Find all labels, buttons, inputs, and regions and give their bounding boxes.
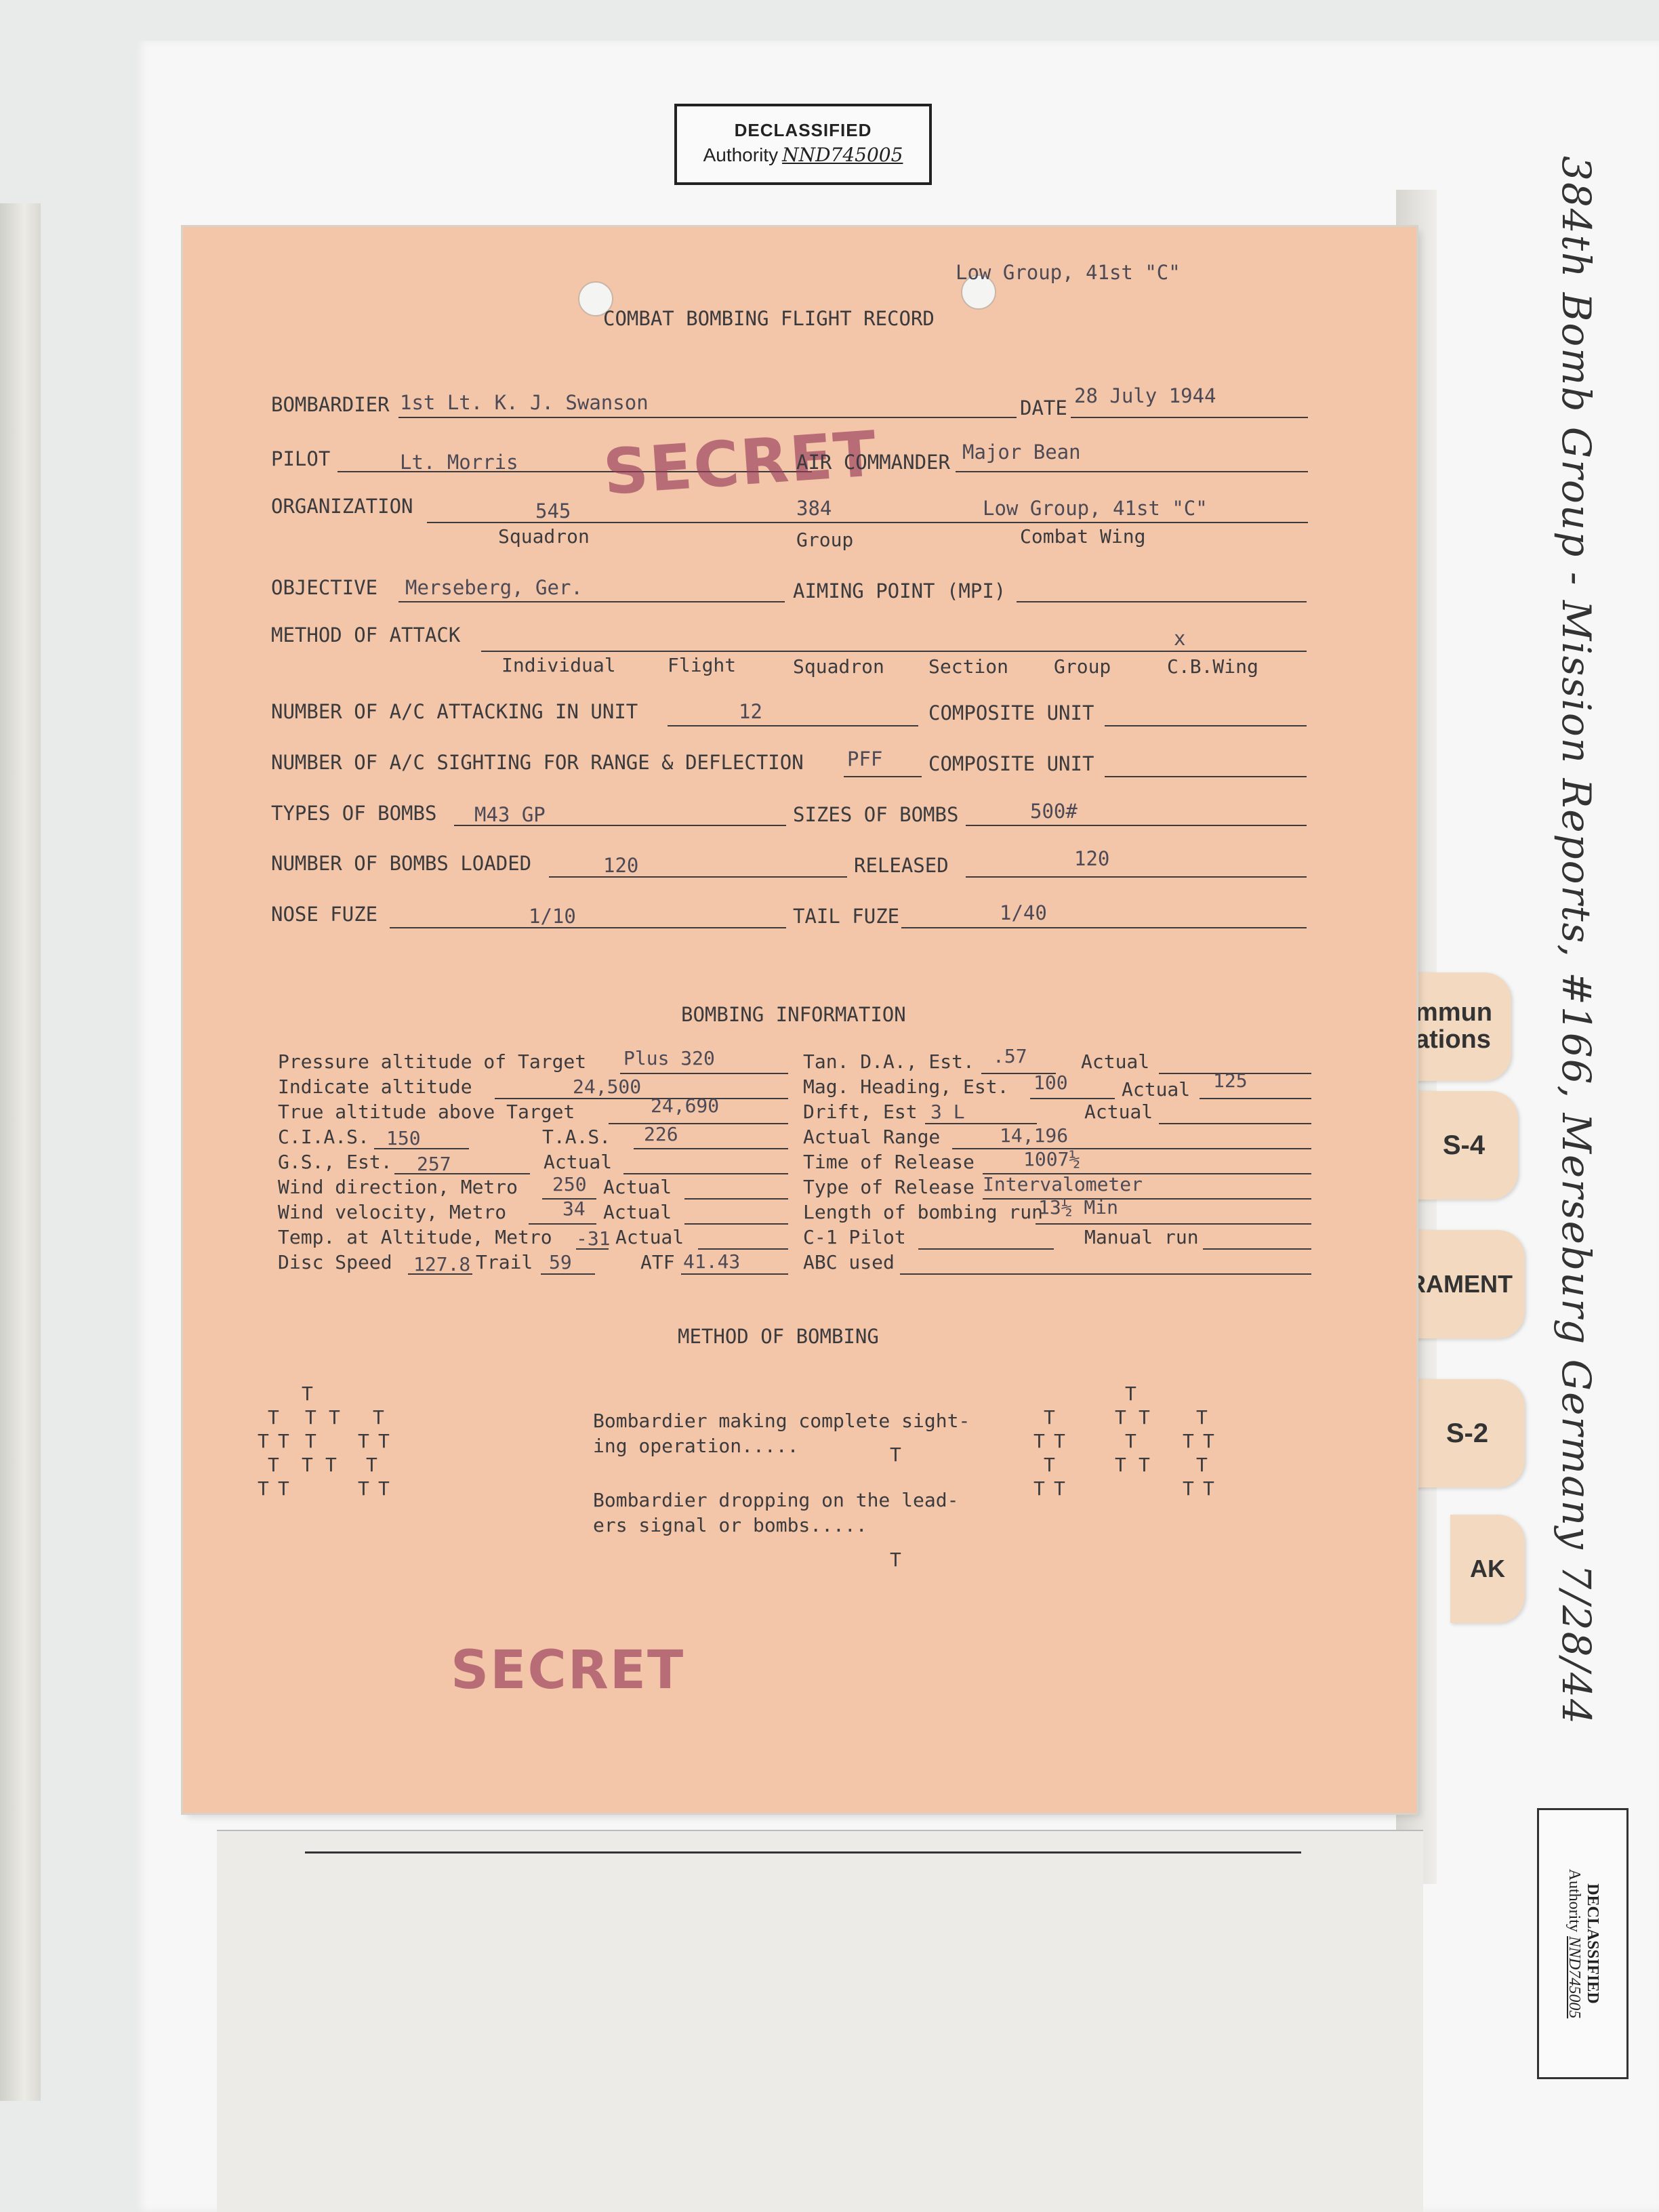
bi-time-of-release-value: 1007½ [1023,1148,1080,1170]
bi-indicate-altitude-label: Indicate altitude [278,1076,472,1098]
bi-gs-actual-label: Actual [544,1151,612,1173]
combat-bombing-flight-record: Low Group, 41st "C" COMBAT BOMBING FLIGH… [183,227,1416,1813]
bi-trail-label: Trail [476,1251,533,1273]
bombing-method-option-2: Bombardier dropping on the lead- [593,1489,958,1511]
bi-length-of-run-label: Length of bombing run [803,1201,1043,1223]
bi-line [495,1098,788,1099]
bombs-loaded-line [549,876,847,878]
formation-aircraft-glyph: T [302,1454,313,1476]
formation-aircraft-glyph: T [1183,1477,1194,1500]
formation-aircraft-glyph: T [890,1443,901,1466]
bombing-method-option-1: Bombardier making complete sight- [593,1410,970,1432]
underlying-sheet-rule [305,1851,1301,1853]
air-commander-value: Major Bean [962,441,1081,464]
bi-temp-actual-label: Actual [615,1226,684,1248]
bombardier-value: 1st Lt. K. J. Swanson [400,391,649,414]
bi-line [1159,1123,1311,1124]
formation-aircraft-glyph: T [1044,1454,1055,1476]
pilot-value: Lt. Morris [400,451,518,474]
bi-line [983,1198,1311,1200]
bi-gs-est-label: G.S., Est. [278,1151,392,1173]
bi-line [609,1123,788,1124]
formation-aircraft-glyph: T [1125,1430,1136,1452]
formation-aircraft-glyph: T [1139,1406,1150,1429]
bi-line [541,1273,595,1275]
bi-true-altitude-value: 24,690 [651,1094,719,1117]
bi-line [1203,1248,1311,1250]
bi-wind-velocity-actual-label: Actual [603,1201,672,1223]
released-value: 120 [1074,847,1109,870]
tab-label: S-2 [1446,1418,1488,1449]
bi-disc-speed-label: Disc Speed [278,1251,392,1273]
bombing-information-title: BOMBING INFORMATION [681,1003,906,1026]
num-attacking-line [668,725,918,726]
bi-type-of-release-value: Intervalometer [983,1173,1143,1195]
stamp-authority-label: Authority [703,144,779,165]
attack-option-cb-wing: C.B.Wing [1167,655,1258,678]
bi-tas-value: 226 [644,1123,678,1145]
aiming-point-line [1017,601,1307,602]
nose-fuze-label: NOSE FUZE [271,903,377,926]
bi-manual-run-label: Manual run [1084,1226,1199,1248]
bi-length-of-run-value: 13½ Min [1038,1196,1118,1218]
num-attacking-label: NUMBER OF A/C ATTACKING IN UNIT [271,700,638,723]
bombardier-line [398,417,1017,418]
bi-drift-label: Drift, Est [803,1101,918,1123]
bi-pressure-altitude-value: Plus 320 [623,1047,715,1069]
formation-aircraft-glyph: T [1203,1430,1214,1452]
attack-option-flight: Flight [668,654,736,676]
bi-temp-altitude-value: -31 [576,1227,611,1250]
bi-wind-velocity-label: Wind velocity, Metro [278,1201,506,1223]
bi-tan-da-value: .57 [993,1045,1027,1067]
formation-aircraft-glyph: T [1115,1406,1126,1429]
bi-true-altitude-label: True altitude above Target [278,1101,575,1123]
types-of-bombs-value: M43 GP [474,803,546,826]
bi-line [684,1223,788,1225]
bi-line [952,1148,1311,1149]
bi-line [529,1223,596,1225]
formation-aircraft-glyph: T [258,1477,269,1500]
bi-actual-range-label: Actual Range [803,1126,940,1148]
bi-wind-direction-value: 250 [552,1173,587,1195]
formation-aircraft-glyph: T [1033,1477,1045,1500]
formation-aircraft-glyph: T [278,1477,289,1500]
bi-line [634,1148,788,1149]
stamp-authority-value: NND745005 [782,144,903,166]
bi-line [1200,1098,1311,1099]
formation-aircraft-glyph: T [1183,1430,1194,1452]
released-line [966,876,1307,878]
formation-aircraft-glyph: T [366,1454,377,1476]
pilot-label: PILOT [271,447,330,470]
num-sighting-line [844,776,922,777]
tab-label: mmun ations [1415,1000,1492,1054]
formation-aircraft-glyph: T [305,1430,316,1452]
bombs-loaded-label: NUMBER OF BOMBS LOADED [271,852,531,875]
formation-aircraft-glyph: T [378,1477,390,1500]
num-sighting-value: PFF [847,747,882,771]
divider-tab-s4[interactable]: S-4 [1410,1091,1518,1200]
bi-tas-label: T.A.S. [542,1126,611,1148]
bi-time-of-release-label: Time of Release [803,1151,975,1173]
bi-line [394,1173,530,1174]
tail-fuze-value: 1/40 [1000,901,1047,924]
declassified-stamp-top: DECLASSIFIED AuthorityNND745005 [674,104,932,185]
composite-unit-label: COMPOSITE UNIT [928,701,1094,724]
combat-wing-caption: Combat Wing [1020,525,1145,548]
types-of-bombs-label: TYPES OF BOMBS [271,802,436,825]
attack-option-squadron: Squadron [793,655,884,678]
bi-atf-value: 41.43 [683,1250,740,1273]
squadron-value: 545 [535,499,571,523]
composite-unit-line [1105,776,1307,777]
date-label: DATE [1020,396,1067,419]
bi-mag-heading-actual-value: 125 [1213,1069,1248,1092]
bi-cias-label: C.I.A.S. [278,1126,369,1148]
sizes-of-bombs-line [966,825,1307,826]
underlying-sheet [217,1830,1423,2212]
bi-line [681,1273,788,1275]
formation-aircraft-glyph: T [268,1406,279,1429]
formation-aircraft-glyph: T [1054,1430,1065,1452]
objective-value: Merseberg, Ger. [405,576,583,599]
bi-wind-direction-label: Wind direction, Metro [278,1176,518,1198]
nose-fuze-line [390,927,786,928]
tab-label: AK [1470,1555,1505,1583]
form-title: COMBAT BOMBING FLIGHT RECORD [603,307,935,330]
composite-unit-label: COMPOSITE UNIT [928,752,1094,775]
sizes-of-bombs-label: SIZES OF BOMBS [793,803,958,826]
bombs-loaded-value: 120 [603,854,638,877]
bombing-method-option-2-cont: ers signal or bombs..... [593,1514,867,1536]
attack-option-group: Group [1054,655,1111,678]
air-commander-label: AIR COMMANDER [796,451,950,474]
formation-aircraft-glyph: T [325,1454,337,1476]
bi-line [918,1248,1054,1250]
composite-unit-line [1105,725,1307,726]
bombing-method-option-1-cont: ing operation..... [593,1435,798,1457]
date-value: 28 July 1944 [1074,384,1216,407]
group-value: 384 [796,497,832,520]
bi-line [620,1073,788,1074]
air-commander-line [956,471,1308,472]
formation-aircraft-glyph: T [268,1454,279,1476]
nose-fuze-value: 1/10 [529,905,576,928]
formation-aircraft-glyph: T [258,1430,269,1452]
divider-tab-ak[interactable]: AK [1450,1515,1525,1623]
bi-abc-used-label: ABC used [803,1251,895,1273]
bi-trail-value: 59 [549,1251,572,1273]
stamp-authority-value: NND745005 [1565,1936,1583,2018]
formation-aircraft-glyph: T [1033,1430,1045,1452]
formation-aircraft-glyph: T [373,1406,384,1429]
formation-aircraft-glyph: T [1196,1406,1208,1429]
formation-aircraft-glyph: T [1054,1477,1065,1500]
bi-wind-velocity-value: 34 [562,1197,586,1220]
method-of-attack-line [481,651,1307,652]
formation-aircraft-glyph: T [1139,1454,1150,1476]
tail-fuze-label: TAIL FUZE [793,905,899,928]
method-of-attack-label: METHOD OF ATTACK [271,623,460,647]
stacked-papers-left [0,203,41,2101]
formation-aircraft-glyph: T [890,1549,901,1571]
bi-mag-heading-value: 100 [1033,1071,1068,1094]
combat-wing-value: Low Group, 41st "C" [983,497,1208,520]
sizes-of-bombs-value: 500# [1030,800,1078,823]
formation-aircraft-glyph: T [1196,1454,1208,1476]
stamp-authority-label: Authority [1565,1869,1583,1932]
bi-drift-actual-label: Actual [1084,1101,1153,1123]
tail-fuze-line [901,927,1307,928]
formation-aircraft-glyph: T [302,1382,313,1405]
bi-line [1036,1223,1311,1225]
attack-option-individual: Individual [501,654,616,676]
objective-line [398,601,785,602]
tab-label: S-4 [1443,1130,1485,1161]
attack-option-section: Section [928,655,1008,678]
formation-aircraft-glyph: T [378,1430,390,1452]
formation-aircraft-glyph: T [1125,1382,1136,1405]
bi-gs-est-value: 257 [417,1153,451,1175]
num-attacking-value: 12 [739,700,762,723]
stamp-title: DECLASSIFIED [1583,1815,1601,2072]
bi-mag-heading-label: Mag. Heading, Est. [803,1076,1008,1098]
bombardier-label: BOMBARDIER [271,393,390,416]
bi-line [623,1173,788,1174]
bi-disc-speed-value: 127.8 [413,1253,470,1275]
formation-aircraft-glyph: T [329,1406,340,1429]
date-line [1071,417,1308,418]
organization-label: ORGANIZATION [271,495,413,518]
corner-note: Low Group, 41st "C" [956,261,1181,284]
divider-tab-s2[interactable]: S-2 [1410,1379,1525,1488]
formation-aircraft-glyph: T [278,1430,289,1452]
bi-temp-altitude-label: Temp. at Altitude, Metro [278,1226,552,1248]
bi-cias-value: 150 [386,1127,421,1149]
bi-pressure-altitude-label: Pressure altitude of Target [278,1050,586,1073]
bi-line [900,1273,1311,1275]
stamp-title: DECLASSIFIED [677,120,929,141]
objective-label: OBJECTIVE [271,576,377,599]
bi-mag-heading-actual-label: Actual [1122,1078,1190,1101]
bi-atf-label: ATF [640,1251,675,1273]
bi-indicate-altitude-value: 24,500 [573,1076,641,1098]
bi-line [684,1198,788,1200]
squadron-caption: Squadron [498,525,590,548]
bi-actual-range-value: 14,196 [1000,1124,1068,1147]
formation-aircraft-glyph: T [1044,1406,1055,1429]
bi-tan-da-label: Tan. D.A., Est. [803,1050,975,1073]
group-caption: Group [796,529,853,551]
formation-aircraft-glyph: T [1203,1477,1214,1500]
formation-aircraft-glyph: T [1115,1454,1126,1476]
bi-line [698,1248,788,1250]
declassified-stamp-side: DECLASSIFIED Authority NND745005 [1537,1808,1629,2079]
formation-aircraft-glyph: T [305,1406,316,1429]
aiming-point-label: AIMING POINT (MPI) [793,579,1006,602]
bi-c1-pilot-label: C-1 Pilot [803,1226,906,1248]
num-sighting-label: NUMBER OF A/C SIGHTING FOR RANGE & DEFLE… [271,751,804,774]
bi-tan-da-actual-label: Actual [1081,1050,1149,1073]
formation-aircraft-glyph: T [358,1477,369,1500]
bi-type-of-release-label: Type of Release [803,1176,975,1198]
method-of-attack-mark: x [1174,627,1185,650]
bi-line [1030,1098,1115,1099]
bi-wind-direction-actual-label: Actual [603,1176,672,1198]
secret-stamp-bottom: SECRET [451,1640,684,1701]
formation-aircraft-glyph: T [358,1430,369,1452]
tab-label: RAMENT [1408,1270,1513,1298]
bi-drift-value: 3 L [930,1101,965,1123]
method-of-bombing-title: METHOD OF BOMBING [678,1325,879,1348]
handwritten-folder-note: 384th Bomb Group - Mission Reports, #166… [1553,156,1599,1725]
released-label: RELEASED [854,854,949,877]
